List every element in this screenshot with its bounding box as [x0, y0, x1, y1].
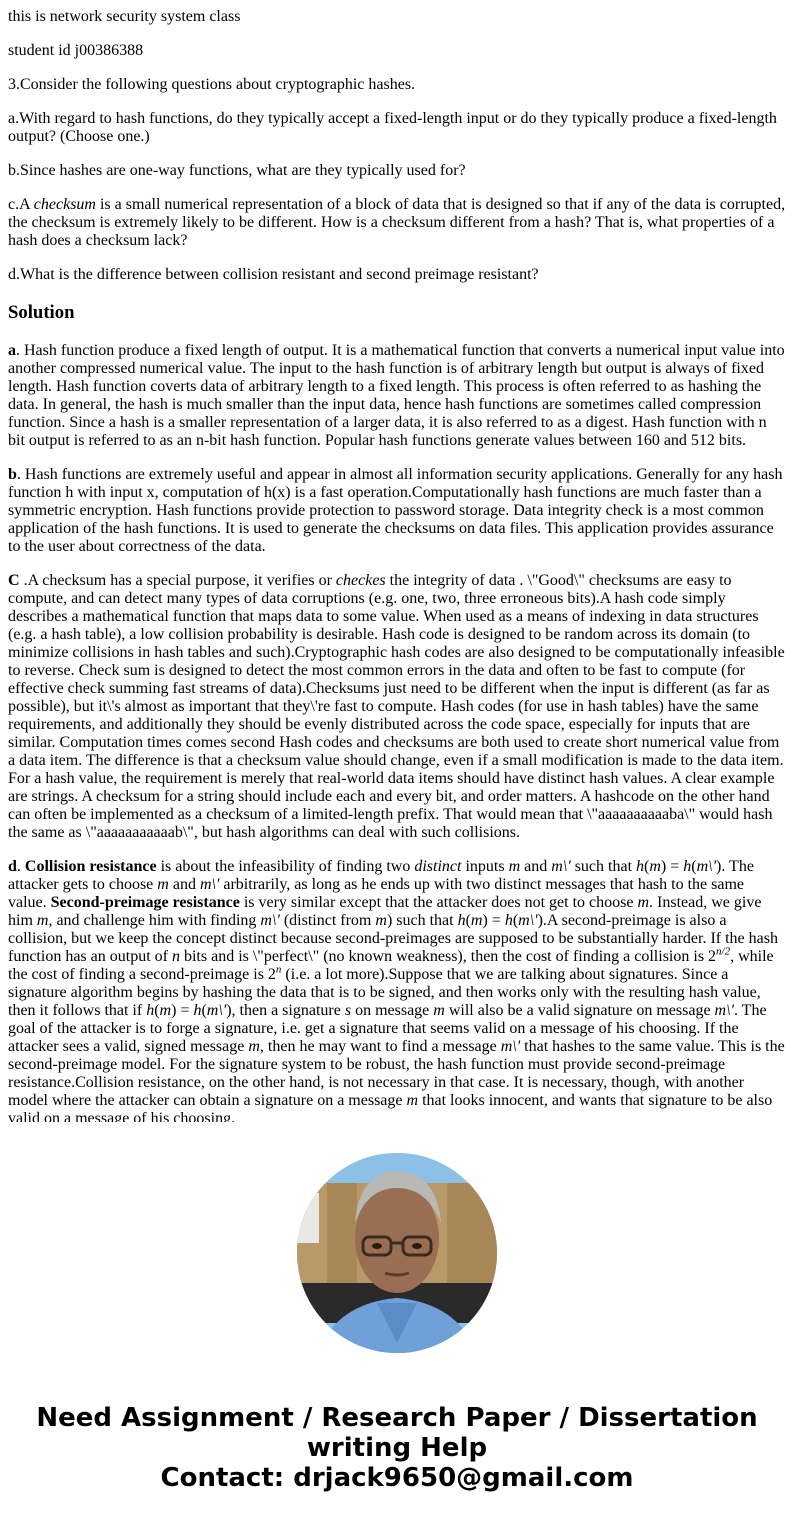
question-heading: 3.Consider the following questions about…	[8, 76, 786, 94]
banner-contact-email: Contact: drjack9650@gmail.com	[0, 1463, 794, 1493]
solution-title: Solution	[8, 302, 786, 324]
answer-b: b. Hash functions are extremely useful a…	[8, 466, 786, 556]
person-portrait-icon	[297, 1153, 497, 1353]
answer-a: a. Hash function produce a fixed length …	[8, 342, 786, 450]
document-body: this is network security system class st…	[8, 0, 786, 1122]
answer-c: C .A checksum has a special purpose, it …	[8, 572, 786, 842]
answer-d: d. Collision resistance is about the inf…	[8, 858, 786, 1122]
tutor-avatar	[297, 1153, 497, 1353]
question-a: a.With regard to hash functions, do they…	[8, 110, 786, 146]
contact-banner: Need Assignment / Research Paper / Disse…	[0, 1403, 794, 1493]
intro-line-1: this is network security system class	[8, 8, 786, 26]
question-b: b.Since hashes are one-way functions, wh…	[8, 162, 786, 180]
question-c: c.A checksum is a small numerical repres…	[8, 196, 786, 250]
banner-line-1: Need Assignment / Research Paper / Disse…	[0, 1403, 794, 1433]
banner-line-2: writing Help	[0, 1433, 794, 1463]
question-d: d.What is the difference between collisi…	[8, 266, 786, 284]
intro-line-2: student id j00386388	[8, 42, 786, 60]
